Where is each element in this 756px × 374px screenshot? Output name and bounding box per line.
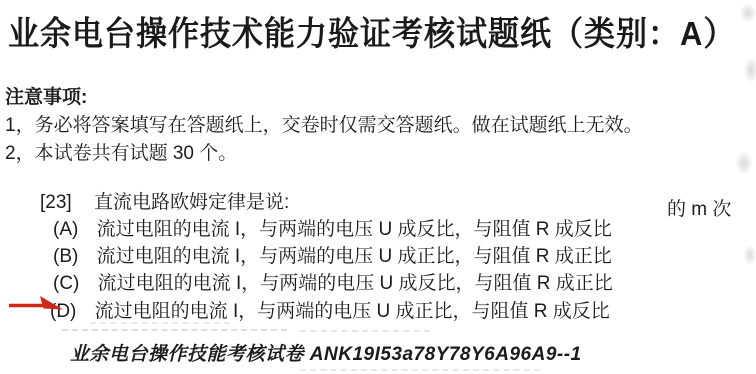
option-a: (A) 流过电阻的电流 I，与两端的电压 U 成反比，与阻值 R 成反比 (53, 214, 612, 241)
option-a-text: 流过电阻的电流 I，与两端的电压 U 成反比，与阻值 R 成反比 (97, 214, 612, 241)
option-b: (B) 流过电阻的电流 I，与两端的电压 U 成正比，与阻值 R 成正比 (53, 241, 612, 268)
option-a-label: (A) (53, 219, 78, 241)
scan-smudge (744, 246, 756, 264)
scan-ghost-line (62, 329, 287, 331)
question-stem: 直流电路欧姆定律是说: (94, 187, 289, 214)
question-23: [23] 直流电路欧姆定律是说: (40, 187, 289, 214)
option-b-text: 流过电阻的电流 I，与两端的电压 U 成正比，与阻值 R 成正比 (97, 241, 612, 268)
option-b-label: (B) (53, 246, 78, 268)
exam-paper-scan: 业余电台操作技术能力验证考核试题纸（类别：A） 注意事项: 1，务必将答案填写在… (0, 0, 756, 374)
option-c-text: 流过电阻的电流 I，与两端的电压 U 成反比，与阻值 R 成正比 (98, 268, 613, 295)
note-item-2: 2，本试卷共有试题 30 个。 (5, 138, 237, 165)
page-title: 业余电台操作技术能力验证考核试题纸（类别：A） (8, 6, 735, 55)
scan-smudge (744, 58, 756, 82)
scan-smudge (740, 4, 756, 22)
notes-heading: 注意事项: (5, 82, 87, 109)
option-d-marked-answer: (D) 流过电阻的电流 I，与两端的电压 U 成正比，与阻值 R 成反比 (50, 296, 610, 323)
scan-ghost-line (300, 330, 430, 332)
option-d-text: 流过电阻的电流 I，与两端的电压 U 成正比，与阻值 R 成反比 (95, 296, 610, 323)
footer-paper-code: 业余电台操作技能考核试卷 ANK19I53a78Y78Y6A96A9--1 (70, 339, 582, 366)
option-c: (C) 流过电阻的电流 I，与两端的电压 U 成反比，与阻值 R 成正比 (53, 268, 613, 295)
option-c-label: (C) (53, 273, 79, 295)
question-number: [23] (40, 192, 72, 214)
red-answer-arrow-icon (7, 295, 65, 317)
note-item-1: 1，务必将答案填写在答题纸上，交卷时仅需交答题纸。做在试题纸上无效。 (5, 110, 643, 137)
adjacent-text-fragment: 的 m 次 (667, 194, 731, 221)
scan-smudge (736, 152, 752, 174)
scan-ghost-line (300, 369, 540, 371)
